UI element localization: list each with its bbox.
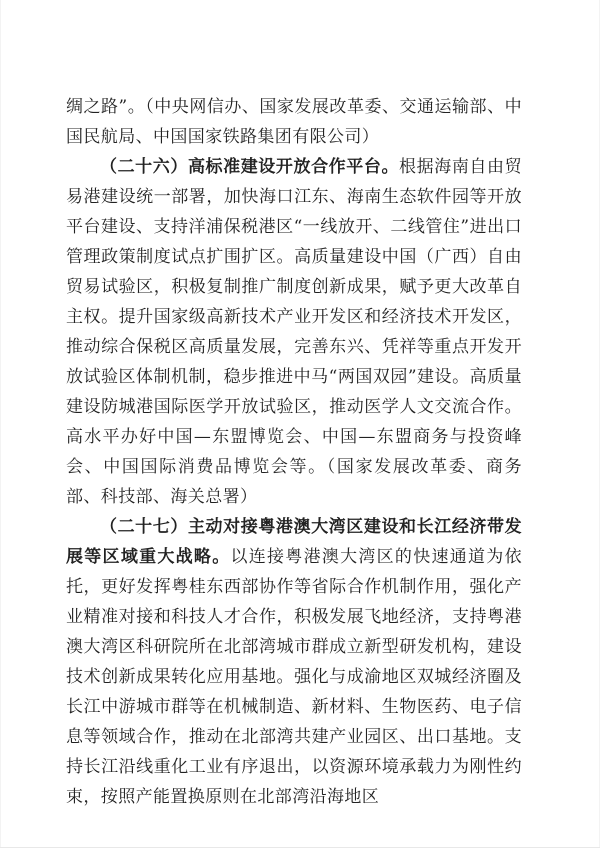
paragraph-clause-27: （二十七）主动对接粤港澳大湾区建设和长江经济带发展等区域重大战略。以连接粤港澳大… — [66, 512, 522, 812]
paragraph-clause-26: （二十六）高标准建设开放合作平台。根据海南自由贸易港建设统一部署，加快海口江东、… — [66, 152, 522, 512]
paragraph-continuation: 绸之路”。（中央网信办、国家发展改革委、交通运输部、中国民航局、中国国家铁路集团… — [66, 92, 522, 152]
document-body: 绸之路”。（中央网信办、国家发展改革委、交通运输部、中国民航局、中国国家铁路集团… — [66, 92, 522, 812]
clause-27-body: 以连接粤港澳大湾区的快速通道为依托，更好发挥粤桂东西部协作等省际合作机制作用，强… — [66, 547, 522, 807]
clause-26-body: 根据海南自由贸易港建设统一部署，加快海口江东、海南生态软件园等开放平台建设、支持… — [66, 157, 522, 507]
document-page: 绸之路”。（中央网信办、国家发展改革委、交通运输部、中国民航局、中国国家铁路集团… — [0, 0, 600, 848]
text-segment: 绸之路”。（中央网信办、国家发展改革委、交通运输部、中国民航局、中国国家铁路集团… — [66, 97, 522, 147]
clause-26-heading: （二十六）高标准建设开放合作平台。 — [100, 157, 399, 177]
